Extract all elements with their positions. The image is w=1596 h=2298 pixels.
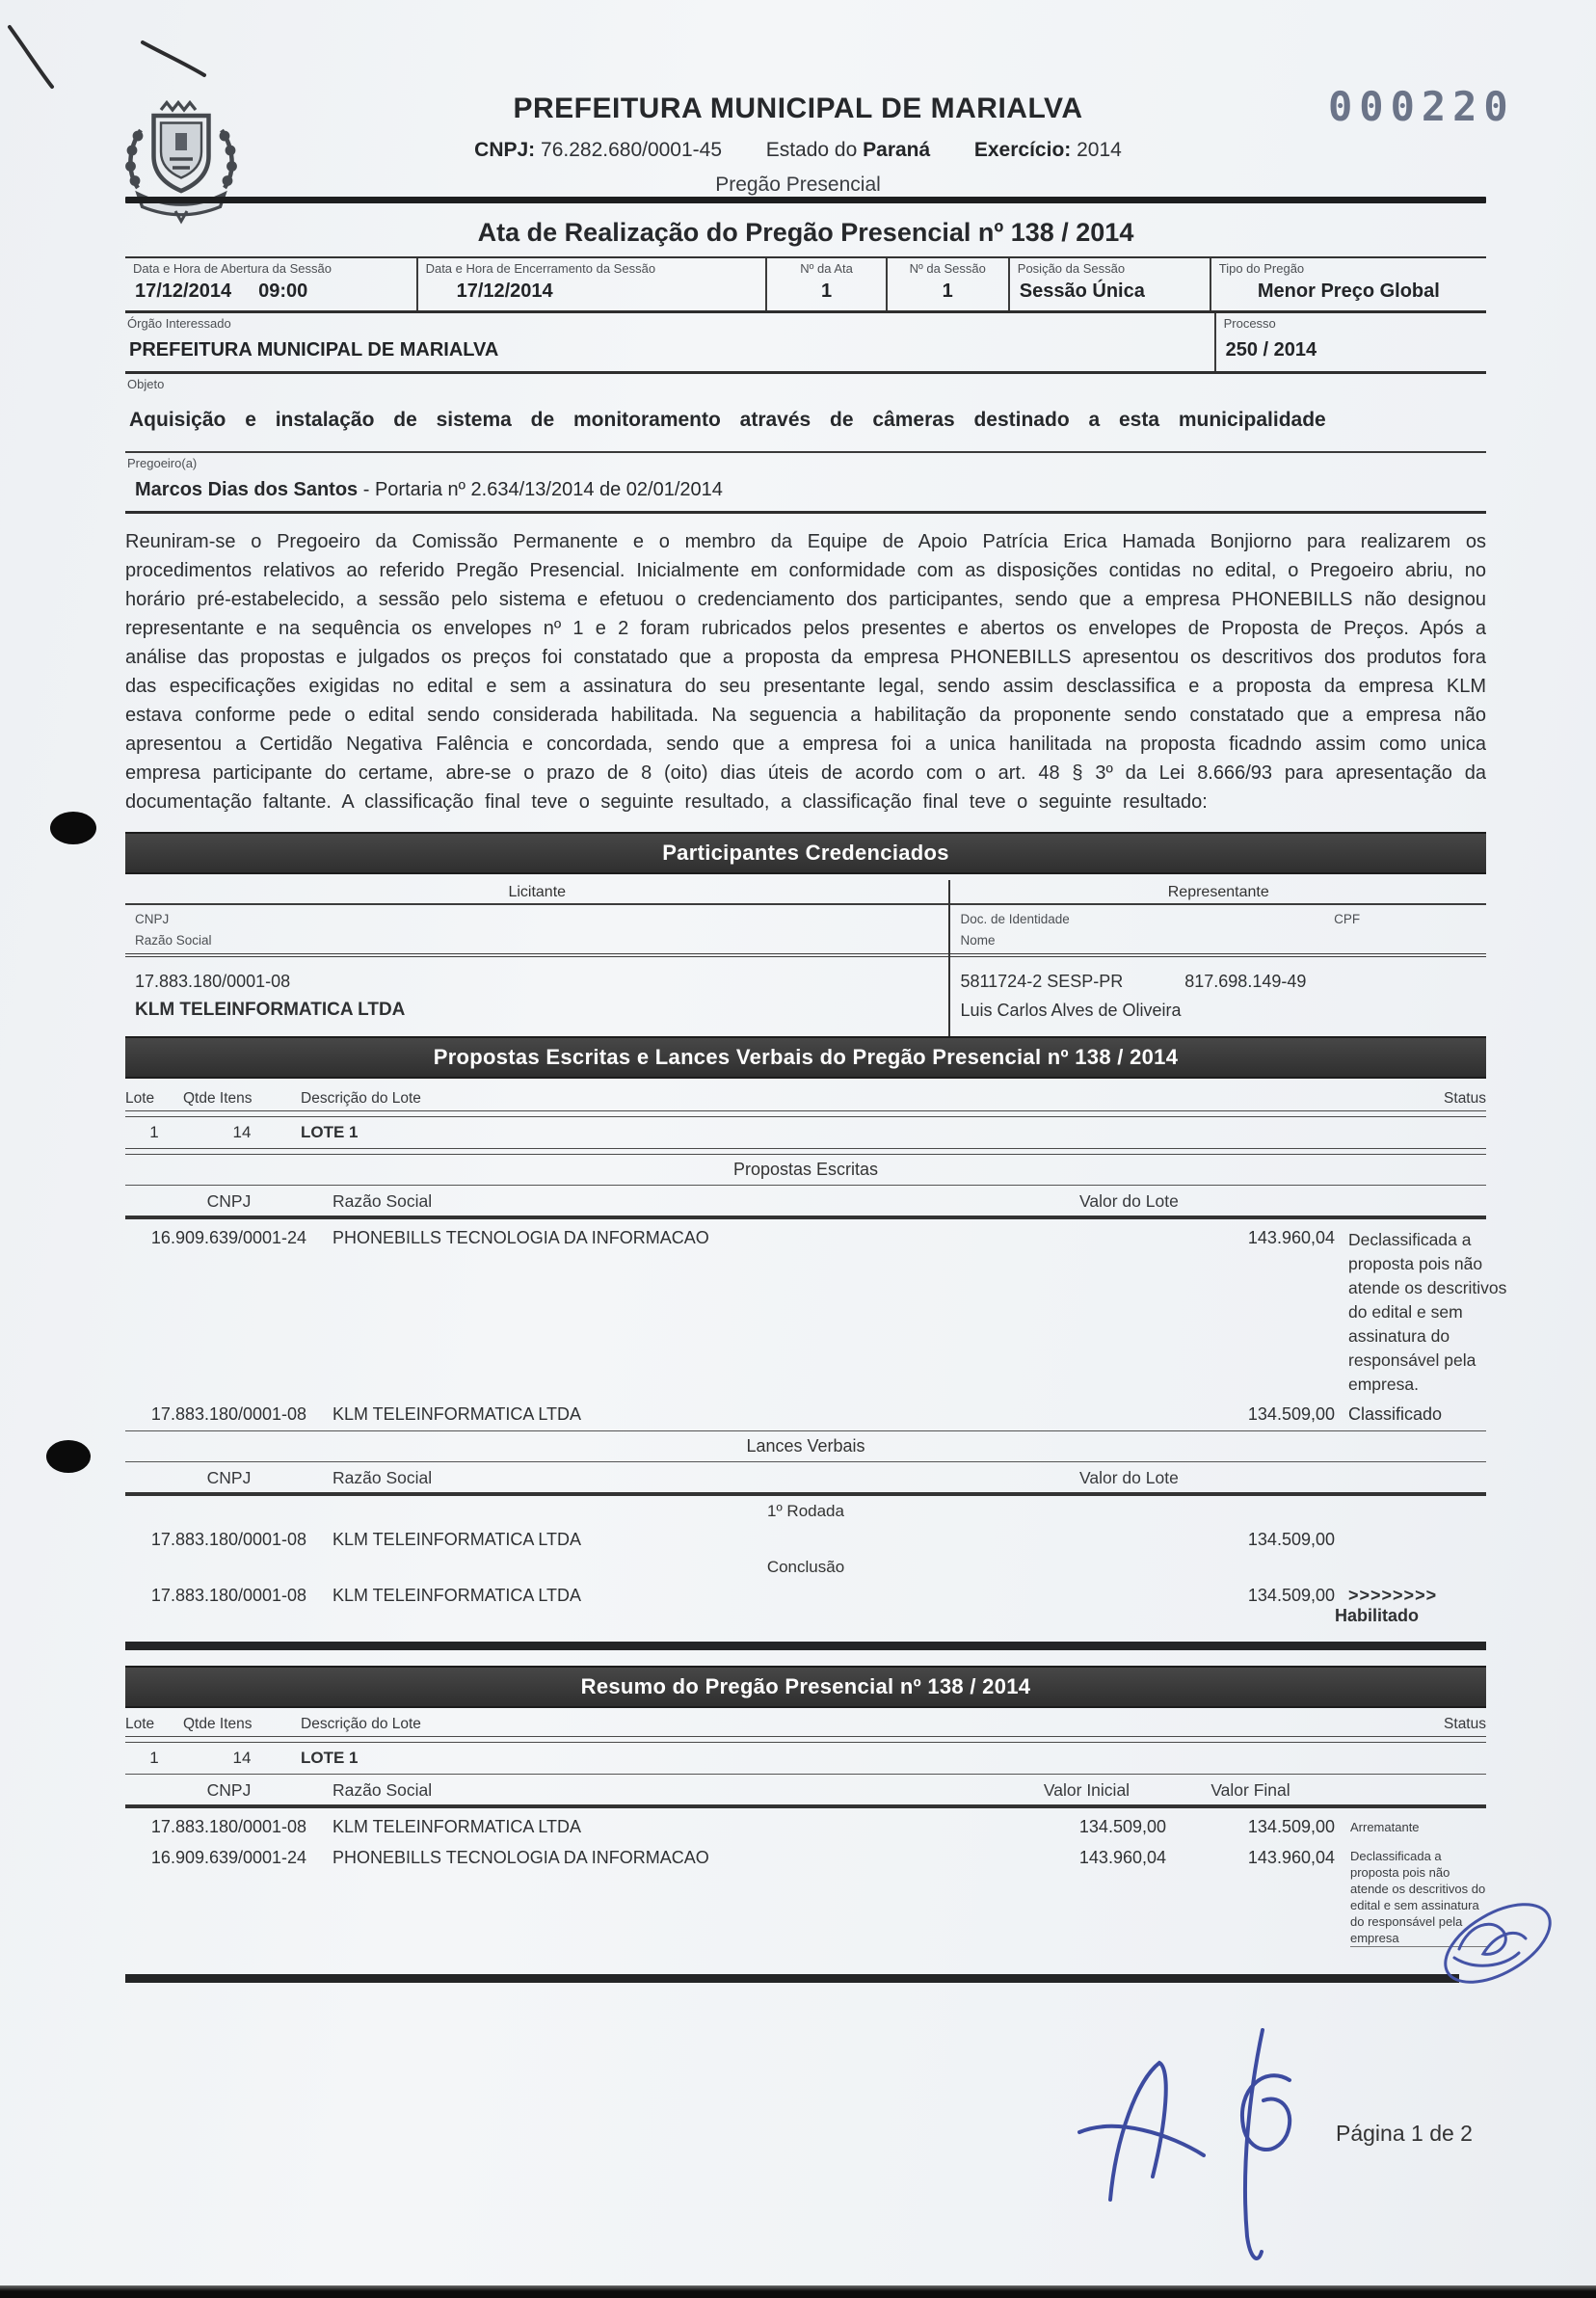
objeto-value: Aquisição e instalação de sistema de mon… xyxy=(125,392,1486,451)
sessao-cell: Nº da Sessão 1 xyxy=(888,258,1010,310)
status-label: Status xyxy=(1409,1090,1486,1108)
encerramento-cell: Data e Hora de Encerramento da Sessão 17… xyxy=(418,258,768,310)
row-razao: KLM TELEINFORMATICA LTDA xyxy=(332,1530,1079,1550)
resumo-lote-row: 1 14 LOTE 1 xyxy=(125,1743,1486,1774)
pregoeiro-name: Marcos Dias dos Santos xyxy=(135,479,358,500)
row-cnpj: 17.883.180/0001-08 xyxy=(125,1530,332,1550)
tipo-value: Menor Preço Global xyxy=(1211,277,1486,303)
abertura-time: 09:00 xyxy=(258,281,307,302)
document-body: Ata de Realização do Pregão Presencial n… xyxy=(125,197,1486,1983)
conclusao-title: Conclusão xyxy=(125,1556,1486,1577)
row-valor-inicial: 143.960,04 xyxy=(1007,1848,1166,1947)
razao-col-label: Razão Social xyxy=(332,1468,1079,1488)
estado-name: Paraná xyxy=(863,139,930,161)
orgao-row: Órgão Interessado PREFEITURA MUNICIPAL D… xyxy=(125,313,1486,374)
signature-stroke xyxy=(1242,2030,1290,2258)
exercicio-label: Exercício: xyxy=(974,139,1071,161)
hole-punch-dot xyxy=(46,1440,91,1473)
propostas-lote-header: Lote Qtde Itens Descrição do Lote Status xyxy=(125,1090,1486,1110)
row-cnpj: 17.883.180/0001-08 xyxy=(125,1586,332,1626)
objeto-label: Objeto xyxy=(125,374,1486,392)
scan-edge-strip xyxy=(0,2285,1596,2298)
representante-column: Representante Doc. de Identidade CPF Nom… xyxy=(948,880,1486,1036)
propostas-escritas-title: Propostas Escritas xyxy=(125,1155,1486,1185)
rule xyxy=(125,1148,1486,1155)
escrita-row-klm: 17.883.180/0001-08 KLM TELEINFORMATICA L… xyxy=(125,1403,1486,1430)
rodada-title: 1º Rodada xyxy=(125,1496,1486,1521)
participantes-bar: Participantes Credenciados xyxy=(125,832,1486,874)
header-subtitle: Pregão Presencial xyxy=(316,174,1280,197)
page-footer-label: Página 1 de 2 xyxy=(1336,2121,1473,2147)
sessao-value: 1 xyxy=(888,277,1008,303)
cnpj-value: 76.282.680/0001-45 xyxy=(541,139,722,161)
tipo-cell: Tipo do Pregão Menor Preço Global xyxy=(1211,258,1486,310)
resumo-col-header: CNPJ Razão Social Valor Inicial Valor Fi… xyxy=(125,1775,1486,1804)
row-valor: 134.509,00 xyxy=(1079,1404,1335,1425)
ata-cell: Nº da Ata 1 xyxy=(767,258,887,310)
descricao-value: LOTE 1 xyxy=(301,1123,1409,1142)
escrita-row-phonebills: 16.909.639/0001-24 PHONEBILLS TECNOLOGIA… xyxy=(125,1219,1486,1403)
orgao-cell: Órgão Interessado PREFEITURA MUNICIPAL D… xyxy=(125,313,1214,371)
propostas-bar: Propostas Escritas e Lances Verbais do P… xyxy=(125,1036,1486,1079)
pregoeiro-value: Marcos Dias dos Santos - Portaria nº 2.6… xyxy=(125,471,1486,511)
valor-col-label: Valor do Lote xyxy=(1079,1191,1486,1212)
cnpj-col-label: CNPJ xyxy=(125,1191,332,1212)
row-razao: KLM TELEINFORMATICA LTDA xyxy=(332,1586,1079,1626)
minutes-paragraph: Reuniram-se o Pregoeiro da Comissão Perm… xyxy=(125,527,1486,816)
pregoeiro-block: Pregoeiro(a) Marcos Dias dos Santos - Po… xyxy=(125,453,1486,514)
doc-title: Ata de Realização do Pregão Presencial n… xyxy=(125,218,1486,248)
document-header: PREFEITURA MUNICIPAL DE MARIALVA CNPJ: 7… xyxy=(0,0,1596,199)
row-valor: 134.509,00 xyxy=(1079,1586,1335,1626)
row-status: Declassificada a proposta pois não atend… xyxy=(1350,1848,1487,1947)
licitante-sublabels: CNPJ Razão Social xyxy=(125,905,948,957)
qtde-label: Qtde Itens xyxy=(183,1716,301,1733)
razao-col-label: Razão Social xyxy=(135,930,948,951)
resumo-lote-header: Lote Qtde Itens Descrição do Lote Status xyxy=(125,1716,1486,1736)
habilitado-arrows: >>>>>>>> xyxy=(1348,1586,1437,1605)
qtde-label: Qtde Itens xyxy=(183,1090,301,1108)
resumo-bar: Resumo do Pregão Presencial nº 138 / 201… xyxy=(125,1666,1486,1708)
row-razao: KLM TELEINFORMATICA LTDA xyxy=(332,1404,1079,1425)
encerramento-label: Data e Hora de Encerramento da Sessão xyxy=(418,258,766,277)
abertura-value: 17/12/201409:00 xyxy=(125,277,416,303)
representante-doc: 5811724-2 SESP-PR xyxy=(960,967,1123,996)
participantes-table: Licitante CNPJ Razão Social 17.883.180/0… xyxy=(125,880,1486,1036)
scanned-document-page: PREFEITURA MUNICIPAL DE MARIALVA CNPJ: 7… xyxy=(0,0,1596,2298)
licitante-data: 17.883.180/0001-08 KLM TELEINFORMATICA L… xyxy=(125,957,948,1036)
pregoeiro-portaria: - Portaria nº 2.634/13/2014 de 02/01/201… xyxy=(363,479,723,500)
row-status: Classificado xyxy=(1348,1404,1442,1424)
cnpj-col-label: CNPJ xyxy=(125,1468,332,1488)
razao-col-label: Razão Social xyxy=(332,1780,1007,1801)
habilitado-status: Habilitado xyxy=(1335,1606,1419,1625)
row-razao: PHONEBILLS TECNOLOGIA DA INFORMACAO xyxy=(332,1848,1007,1947)
abertura-date: 17/12/2014 xyxy=(135,281,231,302)
row-cnpj: 17.883.180/0001-08 xyxy=(125,1817,332,1837)
licitante-header: Licitante xyxy=(125,880,948,905)
processo-cell: Processo 250 / 2014 xyxy=(1214,313,1486,371)
row-razao: PHONEBILLS TECNOLOGIA DA INFORMACAO xyxy=(332,1228,1079,1397)
row-valor-final: 143.960,04 xyxy=(1166,1848,1335,1947)
valor-col-label: Valor do Lote xyxy=(1079,1468,1486,1488)
abertura-label: Data e Hora de Abertura da Sessão xyxy=(125,258,416,277)
razao-col-label: Razão Social xyxy=(332,1191,1079,1212)
resumo-row-phonebills: 16.909.639/0001-24 PHONEBILLS TECNOLOGIA… xyxy=(125,1839,1486,1949)
objeto-block: Objeto Aquisição e instalação de sistema… xyxy=(125,374,1486,453)
doc-identidade-label: Doc. de Identidade xyxy=(960,909,1069,930)
descricao-value: LOTE 1 xyxy=(301,1749,1409,1768)
lance-row-conclusao: 17.883.180/0001-08 KLM TELEINFORMATICA L… xyxy=(125,1577,1486,1632)
licitante-column: Licitante CNPJ Razão Social 17.883.180/0… xyxy=(125,880,948,1036)
representante-data: 5811724-2 SESP-PR 817.698.149-49 Luis Ca… xyxy=(950,957,1486,1036)
encerramento-value: 17/12/2014 xyxy=(418,277,766,303)
valor-final-label: Valor Final xyxy=(1166,1780,1335,1801)
sessao-label: Nº da Sessão xyxy=(888,258,1008,277)
session-info-table: Data e Hora de Abertura da Sessão 17/12/… xyxy=(125,256,1486,313)
qtde-value: 14 xyxy=(183,1749,301,1768)
qtde-value: 14 xyxy=(183,1123,301,1142)
section-divider-bar xyxy=(125,1642,1486,1650)
processo-label: Processo xyxy=(1216,313,1486,332)
orgao-label: Órgão Interessado xyxy=(125,313,1214,332)
row-valor-final: 134.509,00 xyxy=(1166,1817,1335,1837)
exercicio-value: 2014 xyxy=(1077,139,1122,161)
hole-punch-dot xyxy=(50,812,96,844)
row-status: Arrematante xyxy=(1350,1817,1486,1834)
rule xyxy=(125,1736,1486,1743)
row-valor: 143.960,04 xyxy=(1079,1228,1335,1397)
posicao-value: Sessão Única xyxy=(1010,277,1210,303)
cpf-label: CPF xyxy=(1334,909,1360,930)
cnpj-col-label: CNPJ xyxy=(135,909,948,930)
pregoeiro-label: Pregoeiro(a) xyxy=(125,453,1486,471)
row-cnpj: 16.909.639/0001-24 xyxy=(125,1228,332,1397)
closing-divider-bar xyxy=(125,1974,1459,1983)
page-number-stamp: 000220 xyxy=(1328,83,1515,130)
lances-verbais-title: Lances Verbais xyxy=(125,1431,1486,1461)
row-status: Declassificada a proposta pois não atend… xyxy=(1348,1228,1520,1397)
participante-cnpj: 17.883.180/0001-08 xyxy=(135,967,948,996)
rule xyxy=(125,1110,1486,1117)
row-valor-inicial: 134.509,00 xyxy=(1007,1817,1166,1837)
cnpj-col-label: CNPJ xyxy=(125,1780,332,1801)
posicao-label: Posição da Sessão xyxy=(1010,258,1210,277)
row-cnpj: 17.883.180/0001-08 xyxy=(125,1404,332,1425)
representante-sublabels: Doc. de Identidade CPF Nome xyxy=(950,905,1486,957)
posicao-cell: Posição da Sessão Sessão Única xyxy=(1010,258,1211,310)
signature-stroke xyxy=(1079,2063,1204,2200)
descricao-label: Descrição do Lote xyxy=(301,1090,1409,1108)
propostas-lote-row: 1 14 LOTE 1 xyxy=(125,1117,1486,1148)
abertura-cell: Data e Hora de Abertura da Sessão 17/12/… xyxy=(125,258,418,310)
representante-nome: Luis Carlos Alves de Oliveira xyxy=(960,996,1486,1025)
row-valor: 134.509,00 xyxy=(1079,1530,1335,1550)
lote-value: 1 xyxy=(125,1123,183,1142)
lote-label: Lote xyxy=(125,1716,183,1733)
processo-value: 250 / 2014 xyxy=(1216,332,1486,371)
lance-row-rodada: 17.883.180/0001-08 KLM TELEINFORMATICA L… xyxy=(125,1521,1486,1556)
header-cnpj-line: CNPJ: 76.282.680/0001-45 Estado do Paran… xyxy=(316,139,1280,162)
resumo-row-klm: 17.883.180/0001-08 KLM TELEINFORMATICA L… xyxy=(125,1808,1486,1839)
representante-header: Representante xyxy=(950,880,1486,905)
lances-col-header: CNPJ Razão Social Valor do Lote xyxy=(125,1462,1486,1492)
status-label: Status xyxy=(1409,1716,1486,1733)
escritas-col-header: CNPJ Razão Social Valor do Lote xyxy=(125,1186,1486,1216)
cnpj-label: CNPJ: xyxy=(474,139,535,161)
representante-cpf: 817.698.149-49 xyxy=(1184,967,1306,996)
estado-prefix: Estado do xyxy=(766,139,858,161)
orgao-value: PREFEITURA MUNICIPAL DE MARIALVA xyxy=(125,332,1214,371)
lote-label: Lote xyxy=(125,1090,183,1108)
header-title: PREFEITURA MUNICIPAL DE MARIALVA xyxy=(316,93,1280,125)
descricao-label: Descrição do Lote xyxy=(301,1716,1409,1733)
lote-value: 1 xyxy=(125,1749,183,1768)
ata-label: Nº da Ata xyxy=(767,258,885,277)
header-divider xyxy=(125,197,1486,203)
valor-inicial-label: Valor Inicial xyxy=(1007,1780,1166,1801)
tipo-label: Tipo do Pregão xyxy=(1211,258,1486,277)
row-razao: KLM TELEINFORMATICA LTDA xyxy=(332,1817,1007,1837)
ata-value: 1 xyxy=(767,277,885,303)
nome-label: Nome xyxy=(960,930,1486,951)
participante-razao: KLM TELEINFORMATICA LTDA xyxy=(135,996,948,1025)
row-cnpj: 16.909.639/0001-24 xyxy=(125,1848,332,1947)
